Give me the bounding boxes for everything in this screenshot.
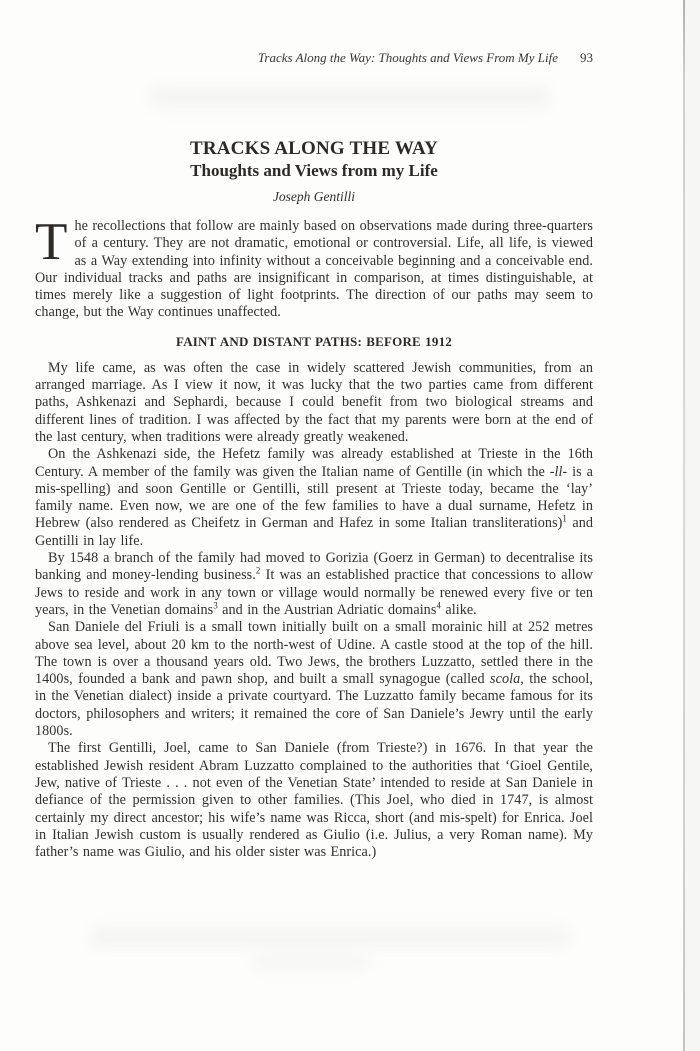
page-edge-line (683, 0, 685, 1051)
page-edge-shade (685, 0, 700, 1051)
running-title: Tracks Along the Way: Thoughts and Views… (258, 50, 558, 66)
page-number: 93 (580, 50, 593, 66)
paragraph: The first Gentilli, Joel, came to San Da… (35, 740, 593, 861)
paragraph: By 1548 a branch of the family had moved… (35, 550, 593, 619)
drop-cap: T (35, 218, 74, 264)
scan-ghosting (250, 955, 370, 969)
book-page: Tracks Along the Way: Thoughts and Views… (0, 0, 700, 1051)
body-text: The recollections that follow are mainly… (35, 218, 593, 861)
chapter-title: TRACKS ALONG THE WAY (35, 138, 593, 159)
paragraph: My life came, as was often the case in w… (35, 360, 593, 446)
scan-ghosting (90, 925, 570, 949)
paragraph: The recollections that follow are mainly… (35, 218, 593, 322)
author-byline: Joseph Gentilli (35, 189, 593, 205)
running-head: Tracks Along the Way: Thoughts and Views… (35, 50, 593, 66)
section-heading: FAINT AND DISTANT PATHS: BEFORE 1912 (35, 333, 593, 350)
paragraph: On the Ashkenazi side, the Hefetz family… (35, 446, 593, 550)
chapter-subtitle: Thoughts and Views from my Life (35, 161, 593, 180)
page-content: Tracks Along the Way: Thoughts and Views… (35, 0, 593, 861)
paragraph: San Daniele del Friuli is a small town i… (35, 619, 593, 740)
